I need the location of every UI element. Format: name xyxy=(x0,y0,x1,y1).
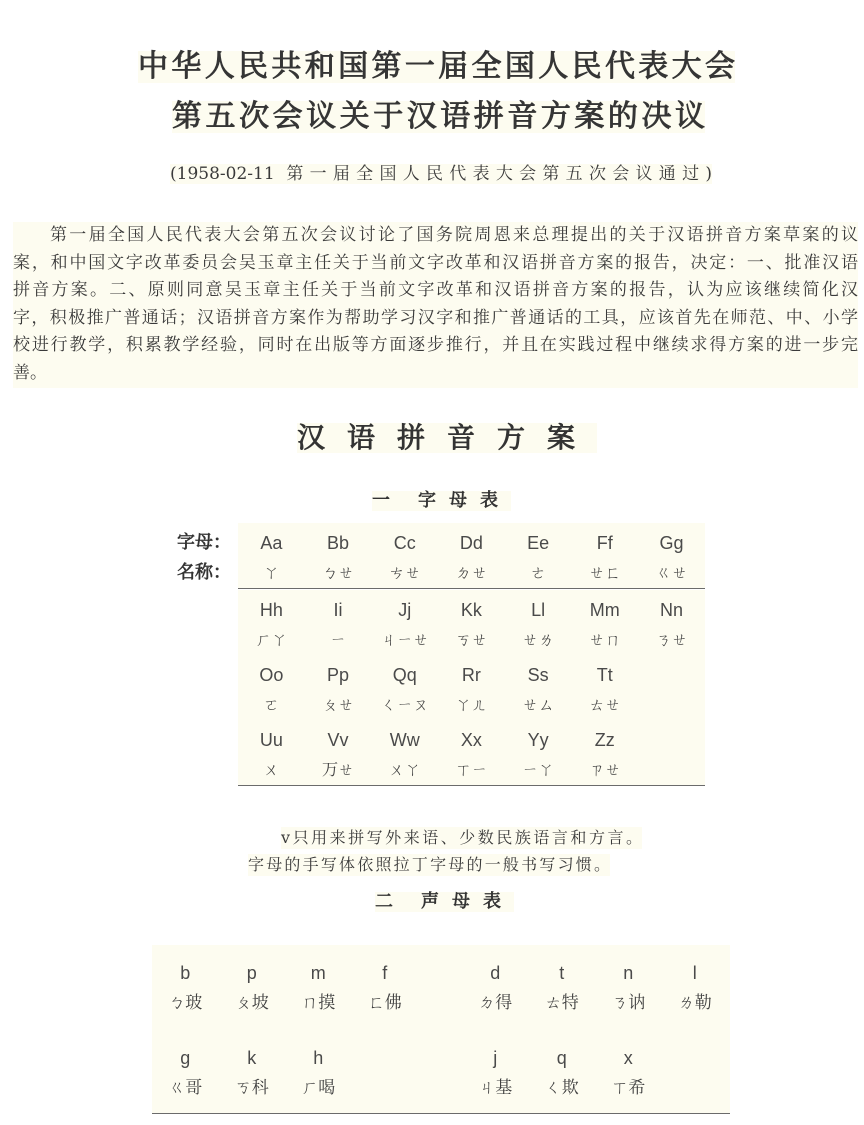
letter: Oo xyxy=(238,663,305,687)
letter-name: ㄪㄝ xyxy=(305,758,372,782)
letter: Cc xyxy=(371,531,438,555)
initial-letter: n xyxy=(595,961,662,985)
initial-name: ㄊ特 xyxy=(529,991,596,1015)
alphabet-cell: Nnㄋㄝ xyxy=(638,590,705,655)
note-line: 字母的手写体依照拉丁字母的一般书写习惯。 xyxy=(248,854,610,876)
initial-cell: xㄒ希 xyxy=(595,1030,662,1115)
letter-name: ㄒㄧ xyxy=(438,758,505,782)
letter: Dd xyxy=(438,531,505,555)
initial-letter: l xyxy=(662,961,729,985)
name-row-label: 名称： xyxy=(177,561,231,585)
initial-name: ㄈ佛 xyxy=(352,991,419,1015)
alphabet-cell: Yyㄧㄚ xyxy=(505,720,572,785)
initial-letter: b xyxy=(152,961,219,985)
initial-name: ㄏ喝 xyxy=(285,1076,352,1100)
letter: Vv xyxy=(305,728,372,752)
initials-group-right: dㄉ得 tㄊ特 nㄋ讷 lㄌ勒 xyxy=(462,945,728,1030)
alphabet-cell: Kkㄎㄝ xyxy=(438,590,505,655)
initial-cell: gㄍ哥 xyxy=(152,1030,219,1115)
letter: Qq xyxy=(371,663,438,687)
letter: Ww xyxy=(371,728,438,752)
letter: Mm xyxy=(571,598,638,622)
letter-name: ㄝㄌ xyxy=(505,628,572,652)
alphabet-cell: Ffㄝㄈ xyxy=(571,523,638,588)
alphabet-cell: Ccㄘㄝ xyxy=(371,523,438,588)
document-page: 中华人民共和国第一届全国人民代表大会 第五次会议关于汉语拼音方案的决议 (195… xyxy=(0,0,864,1125)
initial-cell: nㄋ讷 xyxy=(595,945,662,1030)
alphabet-cell: Ggㄍㄝ xyxy=(638,523,705,588)
section-number: 一 xyxy=(372,491,418,511)
initial-letter: x xyxy=(595,1046,662,1070)
letter: Ff xyxy=(571,531,638,555)
letter-name: ㄧㄚ xyxy=(505,758,572,782)
letter-name: ㄗㄝ xyxy=(571,758,638,782)
resolution-title-line-2: 第五次会议关于汉语拼音方案的决议 xyxy=(172,101,705,133)
alphabet-cell: Aaㄚ xyxy=(238,523,305,588)
letter: Uu xyxy=(238,728,305,752)
letter: Zz xyxy=(571,728,638,752)
initial-cell: mㄇ摸 xyxy=(285,945,352,1030)
letter: Kk xyxy=(438,598,505,622)
initial-letter: d xyxy=(462,961,529,985)
alphabet-cell: Xxㄒㄧ xyxy=(438,720,505,785)
initial-letter: m xyxy=(285,961,352,985)
alphabet-cell: Ooㄛ xyxy=(238,655,305,720)
initial-cell: jㄐ基 xyxy=(462,1030,529,1115)
alphabet-cell: Ssㄝㄙ xyxy=(505,655,572,720)
resolution-body: 第一届全国人民代表大会第五次会议讨论了国务院周恩来总理提出的关于汉语拼音方案草案… xyxy=(13,222,858,388)
letter: Ll xyxy=(505,598,572,622)
body-line: 第一届全国人民代表大会第五次会议讨论了国务院周恩来总理提出的关于汉语拼音方案草案… xyxy=(13,222,858,250)
alphabet-row: Hhㄏㄚ Iiㄧ Jjㄐㄧㄝ Kkㄎㄝ Llㄝㄌ Mmㄝㄇ Nnㄋㄝ xyxy=(238,590,705,656)
initials-group-left: bㄅ玻 pㄆ坡 mㄇ摸 fㄈ佛 xyxy=(152,945,418,1030)
letter: Ii xyxy=(305,598,372,622)
initial-name: ㄉ得 xyxy=(462,991,529,1015)
letter-name: ㄧ xyxy=(305,628,372,652)
letter-name: ㄎㄝ xyxy=(438,628,505,652)
initial-cell: dㄉ得 xyxy=(462,945,529,1030)
letter-row-label: 字母： xyxy=(177,531,231,555)
initial-name: ㄌ勒 xyxy=(662,991,729,1015)
note-line: v只用来拼写外来语、少数民族语言和方言。 xyxy=(281,827,642,849)
letter-name: ㄛ xyxy=(238,693,305,717)
initial-letter: k xyxy=(219,1046,286,1070)
initials-section-heading: 二声母表 xyxy=(375,892,514,912)
letter-name: ㄑㄧㄡ xyxy=(371,693,438,717)
letter: Xx xyxy=(438,728,505,752)
alphabet-cell: Ddㄉㄝ xyxy=(438,523,505,588)
alphabet-cell: Bbㄅㄝ xyxy=(305,523,372,588)
alphabet-cell: Zzㄗㄝ xyxy=(571,720,638,785)
letter-name: ㄋㄝ xyxy=(638,628,705,652)
alphabet-cell: Ttㄊㄝ xyxy=(571,655,638,720)
initials-group-right: jㄐ基 qㄑ欺 xㄒ希 xyxy=(462,1030,662,1115)
initial-cell: qㄑ欺 xyxy=(529,1030,596,1115)
letter: Aa xyxy=(238,531,305,555)
initials-group-left: gㄍ哥 kㄎ科 hㄏ喝 xyxy=(152,1030,352,1115)
initial-name: ㄋ讷 xyxy=(595,991,662,1015)
letter-name: ㄐㄧㄝ xyxy=(371,628,438,652)
initial-letter: p xyxy=(219,961,286,985)
initials-row: gㄍ哥 kㄎ科 hㄏ喝 jㄐ基 qㄑ欺 xㄒ希 xyxy=(152,1030,730,1114)
letter: Bb xyxy=(305,531,372,555)
letter: Ee xyxy=(505,531,572,555)
alphabet-section-heading: 一字母表 xyxy=(372,491,511,511)
letter: Gg xyxy=(638,531,705,555)
body-line: 拼音方案。二、原则同意吴玉章主任关于当前文字改革和汉语拼音方案的报告，认为应该继… xyxy=(13,277,858,305)
initial-cell: fㄈ佛 xyxy=(352,945,419,1030)
scheme-heading: 汉语拼音方案 xyxy=(297,423,597,453)
initial-name: ㄐ基 xyxy=(462,1076,529,1100)
resolution-subtitle: (1958-02-11 第一届全国人民代表大会第五次会议通过) xyxy=(170,164,712,184)
alphabet-row: Uuㄨ Vvㄪㄝ Wwㄨㄚ Xxㄒㄧ Yyㄧㄚ Zzㄗㄝ xyxy=(238,720,705,786)
letter-name: ㄚㄦ xyxy=(438,693,505,717)
body-line: 案，和中国文字改革委员会吴玉章主任关于当前文字改革和汉语拼音方案的报告，决定：一… xyxy=(13,250,858,278)
letter-name: ㄚ xyxy=(238,561,305,585)
letter-name: ㄊㄝ xyxy=(571,693,638,717)
initials-row: bㄅ玻 pㄆ坡 mㄇ摸 fㄈ佛 dㄉ得 tㄊ特 nㄋ讷 lㄌ勒 xyxy=(152,945,730,1031)
alphabet-cell: Hhㄏㄚ xyxy=(238,590,305,655)
alphabet-cell: Wwㄨㄚ xyxy=(371,720,438,785)
letter-name: ㄨ xyxy=(238,758,305,782)
section-title: 声母表 xyxy=(421,891,514,912)
alphabet-cell: Qqㄑㄧㄡ xyxy=(371,655,438,720)
initial-name: ㄑ欺 xyxy=(529,1076,596,1100)
letter-name: ㄍㄝ xyxy=(638,561,705,585)
letter-name: ㄉㄝ xyxy=(438,561,505,585)
resolution-title-line-1: 中华人民共和国第一届全国人民代表大会 xyxy=(138,51,735,83)
letter-name: ㄘㄝ xyxy=(371,561,438,585)
initial-letter: h xyxy=(285,1046,352,1070)
initial-name: ㄅ玻 xyxy=(152,991,219,1015)
initial-name: ㄆ坡 xyxy=(219,991,286,1015)
initial-cell: bㄅ玻 xyxy=(152,945,219,1030)
letter: Jj xyxy=(371,598,438,622)
letter-name: ㄜ xyxy=(505,561,572,585)
letter-name: ㄝㄙ xyxy=(505,693,572,717)
alphabet-cell: Mmㄝㄇ xyxy=(571,590,638,655)
initial-name: ㄇ摸 xyxy=(285,991,352,1015)
letter: Hh xyxy=(238,598,305,622)
letter: Rr xyxy=(438,663,505,687)
letter: Nn xyxy=(638,598,705,622)
initial-cell: pㄆ坡 xyxy=(219,945,286,1030)
alphabet-cell: Uuㄨ xyxy=(238,720,305,785)
initial-name: ㄍ哥 xyxy=(152,1076,219,1100)
letter: Tt xyxy=(571,663,638,687)
section-title: 字母表 xyxy=(418,490,511,511)
letter: Yy xyxy=(505,728,572,752)
initial-letter: q xyxy=(529,1046,596,1070)
body-line: 字，积极推广普通话；汉语拼音方案作为帮助学习汉字和推广普通话的工具，应该首先在师… xyxy=(13,305,858,333)
letter-name: ㄅㄝ xyxy=(305,561,372,585)
initial-cell: kㄎ科 xyxy=(219,1030,286,1115)
section-number: 二 xyxy=(375,892,421,912)
alphabet-row: Ooㄛ Ppㄆㄝ Qqㄑㄧㄡ Rrㄚㄦ Ssㄝㄙ Ttㄊㄝ xyxy=(238,655,705,721)
alphabet-cell: Eeㄜ xyxy=(505,523,572,588)
alphabet-cell: Ppㄆㄝ xyxy=(305,655,372,720)
letter: Ss xyxy=(505,663,572,687)
letter-name: ㄆㄝ xyxy=(305,693,372,717)
letter-name: ㄝㄈ xyxy=(571,561,638,585)
alphabet-cell: Jjㄐㄧㄝ xyxy=(371,590,438,655)
body-line: 校进行教学，积累教学经验，同时在出版等方面逐步推行，并且在实践过程中继续求得方案… xyxy=(13,332,858,360)
letter: Pp xyxy=(305,663,372,687)
letter-name: ㄨㄚ xyxy=(371,758,438,782)
letter-name: ㄏㄚ xyxy=(238,628,305,652)
alphabet-cell: Llㄝㄌ xyxy=(505,590,572,655)
body-line: 善。 xyxy=(13,360,858,388)
alphabet-cell: Vvㄪㄝ xyxy=(305,720,372,785)
initial-letter: g xyxy=(152,1046,219,1070)
initial-name: ㄒ希 xyxy=(595,1076,662,1100)
initial-letter: j xyxy=(462,1046,529,1070)
initial-cell: hㄏ喝 xyxy=(285,1030,352,1115)
letter-name: ㄝㄇ xyxy=(571,628,638,652)
alphabet-cell: Rrㄚㄦ xyxy=(438,655,505,720)
initial-cell: tㄊ特 xyxy=(529,945,596,1030)
alphabet-cell: Iiㄧ xyxy=(305,590,372,655)
alphabet-row: Aaㄚ Bbㄅㄝ Ccㄘㄝ Ddㄉㄝ Eeㄜ Ffㄝㄈ Ggㄍㄝ xyxy=(238,523,705,589)
initial-name: ㄎ科 xyxy=(219,1076,286,1100)
initial-cell: lㄌ勒 xyxy=(662,945,729,1030)
initial-letter: t xyxy=(529,961,596,985)
initial-letter: f xyxy=(352,961,419,985)
